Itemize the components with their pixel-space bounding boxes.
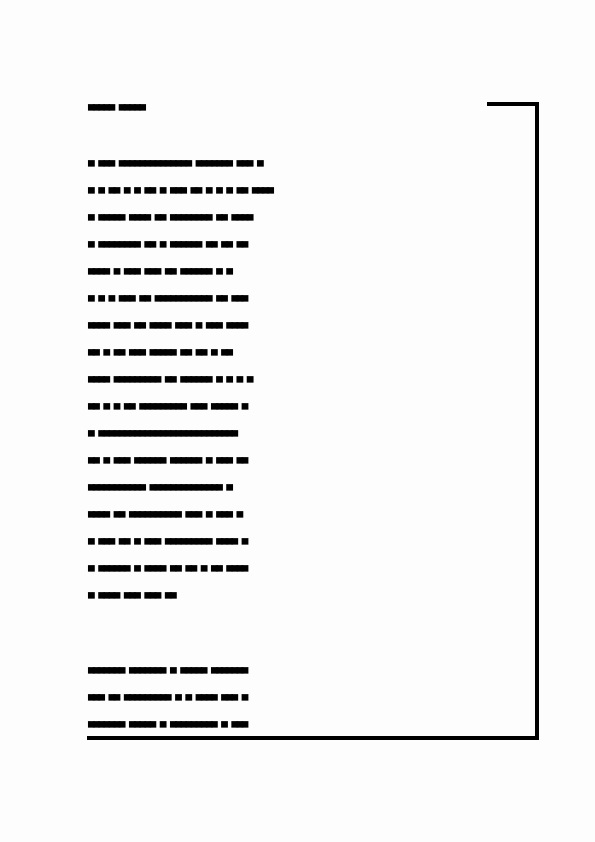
page-border-top bbox=[487, 102, 539, 106]
text-line: ▄ ▄▄▄▄▄▄▄▄▄▄▄▄▄▄▄▄▄▄▄▄▄▄▄▄▄▄▄ bbox=[88, 426, 237, 436]
text-line: ▄▄▄▄▄▄▄ ▄▄▄▄▄▄▄ ▄ ▄▄▄▄▄ ▄▄▄▄▄▄▄ bbox=[88, 663, 247, 673]
page-border-right bbox=[535, 102, 539, 740]
text-line: ▄▄▄▄ ▄▄▄ ▄▄ ▄▄▄▄ ▄▄▄ ▄ ▄▄▄ ▄▄▄▄ bbox=[88, 318, 247, 328]
text-line: ▄▄▄▄ ▄▄ ▄▄▄▄▄▄▄▄▄▄ ▄▄▄ ▄ ▄▄▄ ▄ bbox=[88, 507, 242, 517]
text-line: ▄ ▄▄▄ ▄▄ ▄ ▄▄▄ ▄▄▄▄▄▄▄▄▄ ▄▄▄▄ ▄ bbox=[88, 534, 247, 544]
text-line: ▄▄▄▄ ▄ ▄▄▄ ▄▄▄ ▄▄ ▄▄▄▄▄▄ ▄ ▄ bbox=[88, 264, 231, 274]
text-line: ▄▄▄ ▄▄ ▄▄▄▄▄▄▄▄▄ ▄ ▄ ▄▄▄▄ ▄▄▄ ▄ bbox=[88, 690, 247, 700]
text-line: ▄ ▄▄▄▄▄ ▄▄▄▄ ▄▄ ▄▄▄▄▄▄▄▄ ▄▄ ▄▄▄▄ bbox=[88, 210, 252, 220]
text-line: ▄▄▄▄▄▄▄▄▄▄▄ ▄▄▄▄▄▄▄▄▄▄▄▄▄▄ ▄ bbox=[88, 480, 231, 490]
text-line: ▄▄ ▄ ▄▄▄ ▄▄▄▄▄▄ ▄▄▄▄▄▄ ▄ ▄▄▄ ▄▄ bbox=[88, 453, 247, 463]
text-line: ▄ ▄ ▄▄ ▄ ▄ ▄▄ ▄ ▄▄▄ ▄▄ ▄ ▄ ▄ ▄▄ ▄▄▄▄ bbox=[88, 183, 272, 193]
text-line: ▄ ▄ ▄ ▄▄▄ ▄▄ ▄▄▄▄▄▄▄▄▄▄▄ ▄▄ ▄▄▄ bbox=[88, 291, 247, 301]
text-line: ▄▄ ▄ ▄ ▄▄ ▄▄▄▄▄▄▄▄▄ ▄▄▄ ▄▄▄▄▄ ▄ bbox=[88, 399, 247, 409]
page-border-bottom bbox=[87, 736, 539, 740]
text-line: ▄ ▄▄▄▄ ▄▄▄ ▄▄▄ ▄▄ bbox=[88, 588, 175, 598]
text-line: ▄▄ ▄ ▄▄ ▄▄▄ ▄▄▄▄▄ ▄▄ ▄▄ ▄ ▄▄ bbox=[88, 345, 231, 355]
text-line: ▄▄▄▄ ▄▄▄▄▄▄▄▄▄ ▄▄ ▄▄▄▄▄▄ ▄ ▄ ▄ ▄ bbox=[88, 372, 252, 382]
document-page: ▄▄▄▄▄ ▄▄▄▄▄ ▄ ▄▄▄ ▄▄▄▄▄▄▄▄▄▄▄▄▄▄ ▄▄▄▄▄▄▄… bbox=[0, 0, 595, 842]
text-line: ▄ ▄▄▄▄▄▄▄▄ ▄▄ ▄ ▄▄▄▄▄▄ ▄▄ ▄▄ ▄▄ bbox=[88, 237, 247, 247]
text-line: ▄▄▄▄▄▄▄ ▄▄▄▄▄ ▄ ▄▄▄▄▄▄▄▄▄ ▄ ▄▄▄ bbox=[88, 717, 247, 727]
text-line: ▄ ▄▄▄▄▄▄ ▄ ▄▄▄▄ ▄▄ ▄▄ ▄ ▄▄ ▄▄▄▄ bbox=[88, 561, 247, 571]
document-heading: ▄▄▄▄▄ ▄▄▄▄▄ bbox=[88, 100, 144, 110]
text-line: ▄ ▄▄▄ ▄▄▄▄▄▄▄▄▄▄▄▄▄▄ ▄▄▄▄▄▄▄ ▄▄▄ ▄ bbox=[88, 156, 262, 166]
